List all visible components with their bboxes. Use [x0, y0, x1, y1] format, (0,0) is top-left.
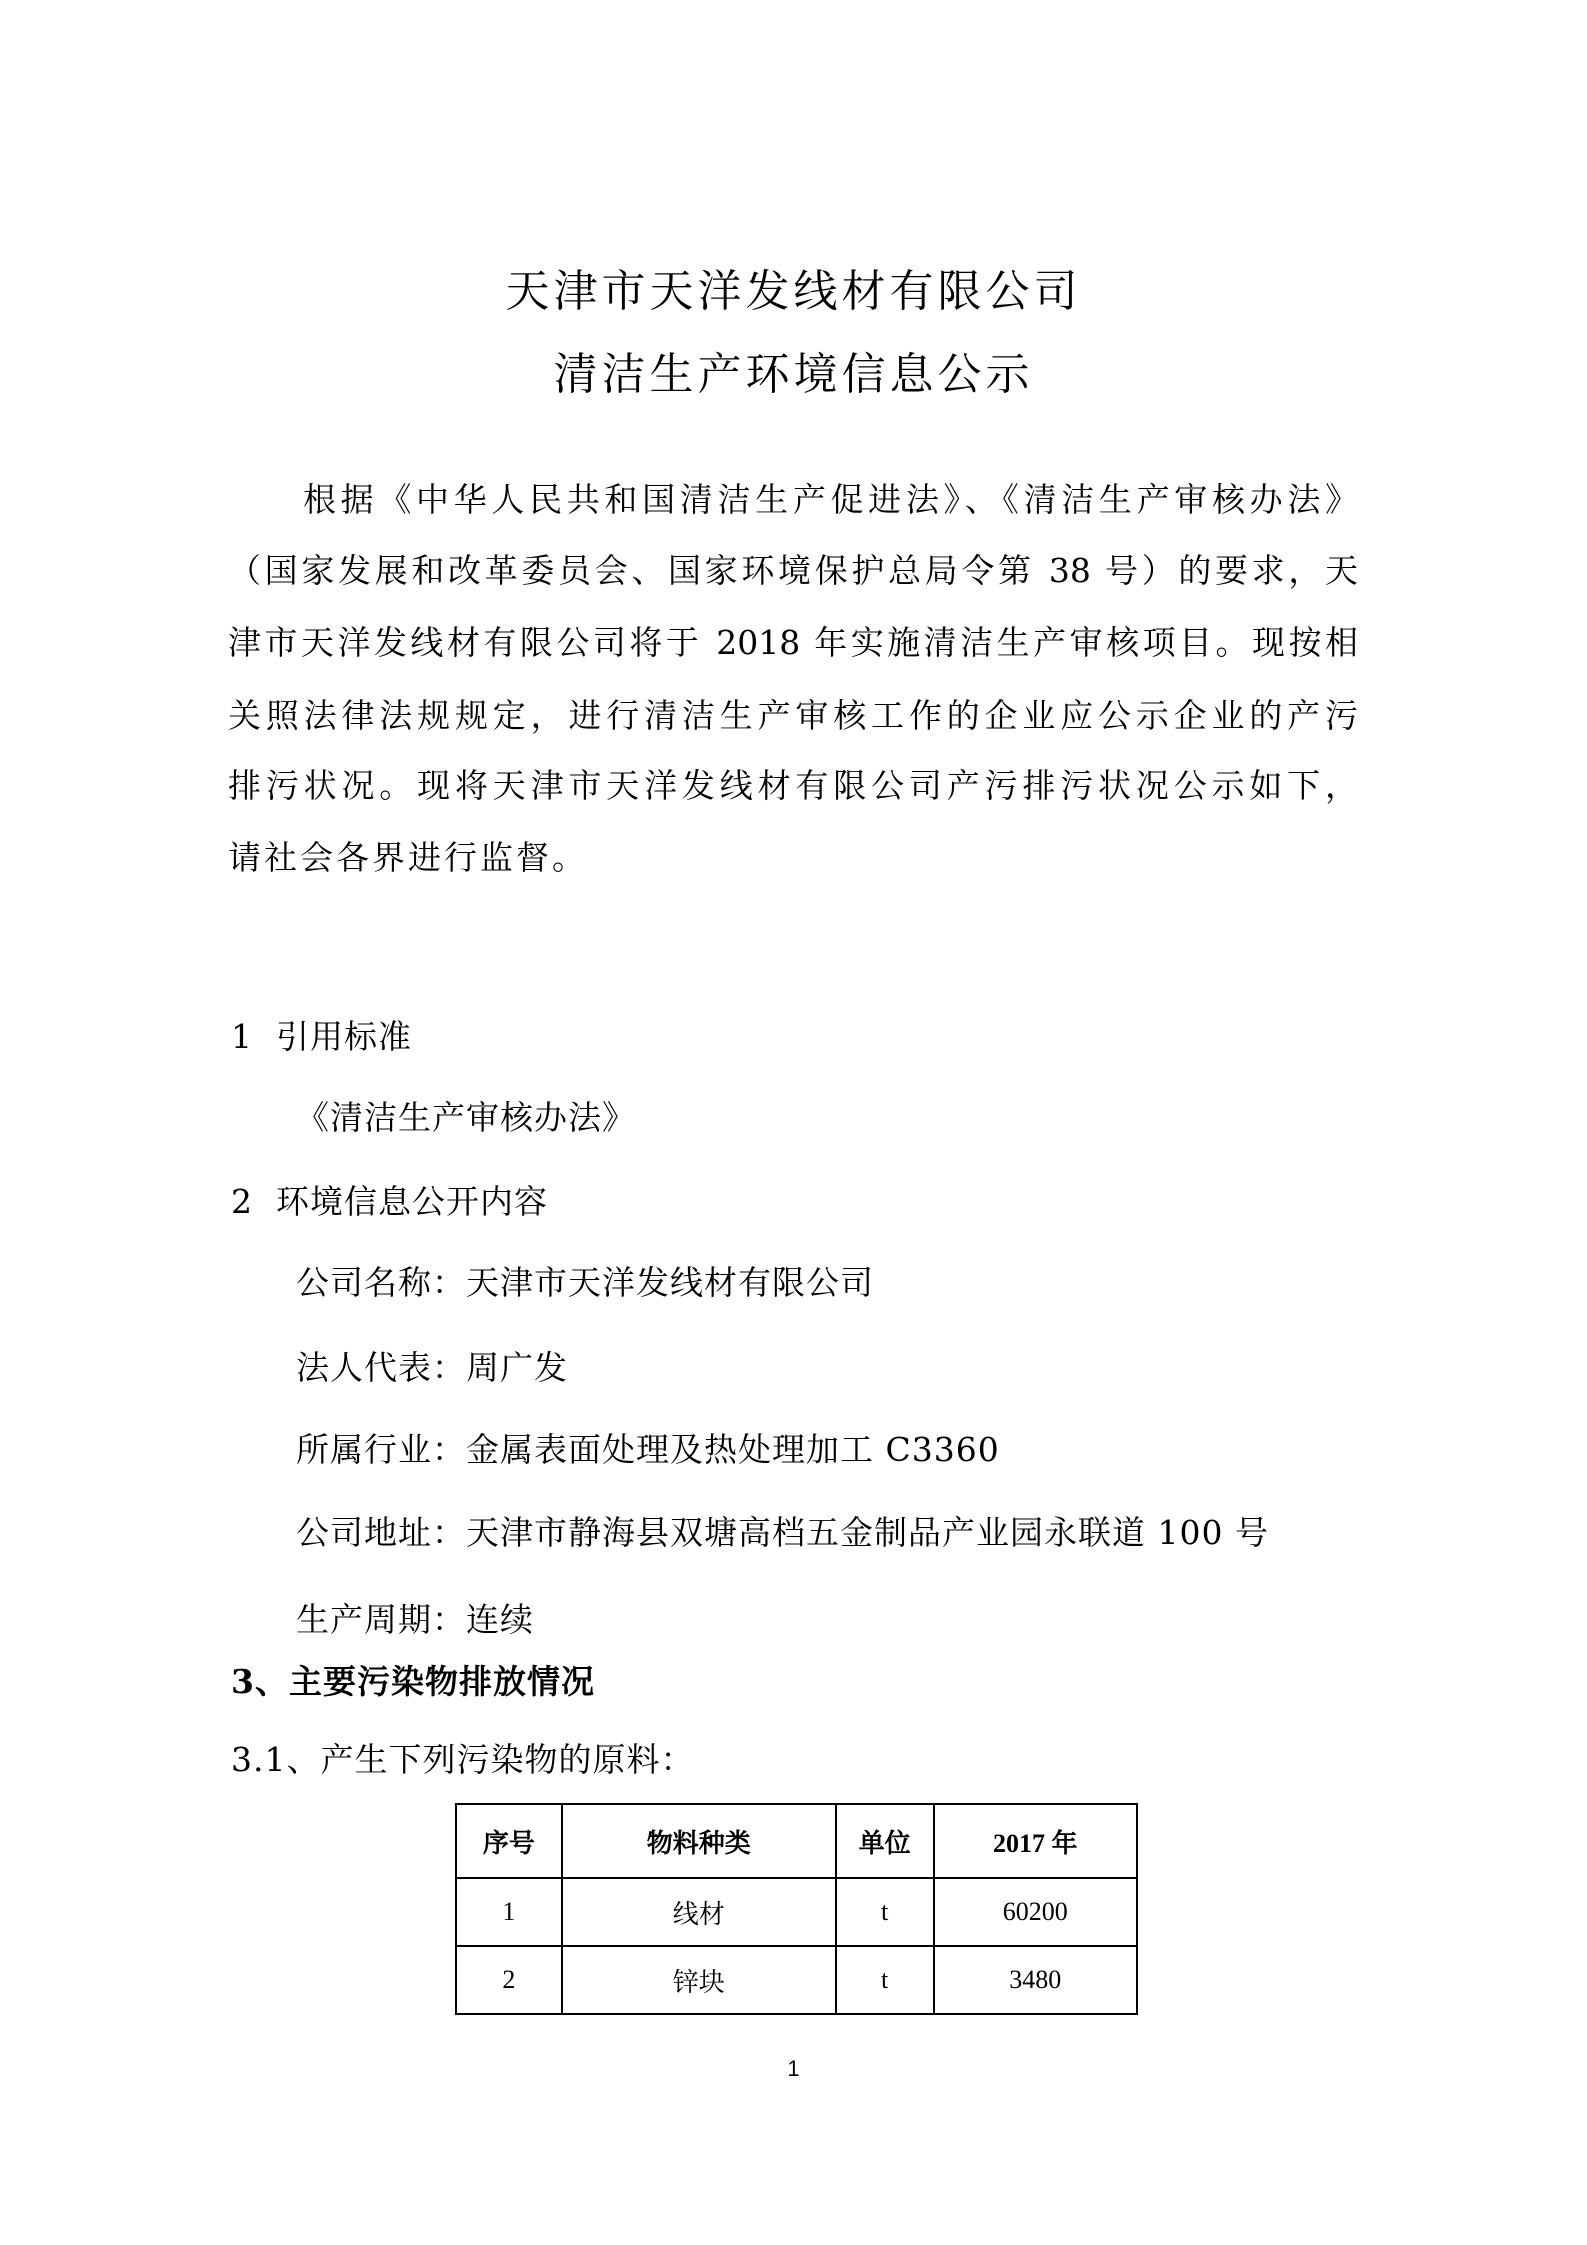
field-production-cycle: 生产周期：连续	[296, 1598, 534, 1642]
field-company-name: 公司名称：天津市天洋发线材有限公司	[296, 1261, 874, 1305]
intro-line-2: （国家发展和改革委员会、国家环境保护总局令第 38 号）的要求，天	[228, 549, 1358, 593]
field-label: 公司名称：	[296, 1263, 466, 1302]
table-header-row: 序号 物料种类 单位 2017 年	[456, 1804, 1137, 1878]
cell-quantity: 3480	[934, 1946, 1138, 2014]
title-subject: 清洁生产环境信息公示	[0, 345, 1587, 405]
field-value: 天津市静海县双塘高档五金制品产业园永联道 100 号	[466, 1513, 1269, 1552]
field-legal-representative: 法人代表：周广发	[296, 1346, 568, 1390]
field-label: 法人代表：	[296, 1348, 466, 1387]
table-row: 2 锌块 t 3480	[456, 1946, 1137, 2014]
header-material-type: 物料种类	[562, 1804, 836, 1878]
field-industry: 所属行业：金属表面处理及热处理加工 C3360	[296, 1428, 1000, 1472]
cell-serial-number: 1	[456, 1878, 562, 1946]
field-label: 生产周期：	[296, 1600, 466, 1639]
intro-line-3: 津市天洋发线材有限公司将于 2018 年实施清洁生产审核项目。现按相	[228, 621, 1358, 665]
intro-line-1: 根据《中华人民共和国清洁生产促进法》、《清洁生产审核办法》	[303, 478, 1358, 522]
intro-line-4: 关照法律法规规定，进行清洁生产审核工作的企业应公示企业的产污	[228, 694, 1358, 738]
section-2-heading: 2 环境信息公开内容	[231, 1180, 548, 1224]
cell-serial-number: 2	[456, 1946, 562, 2014]
field-value: 天津市天洋发线材有限公司	[466, 1263, 874, 1302]
title-company-name: 天津市天洋发线材有限公司	[0, 262, 1587, 322]
header-year-2017: 2017 年	[934, 1804, 1138, 1878]
table-row: 1 线材 t 60200	[456, 1878, 1137, 1946]
field-value: 金属表面处理及热处理加工 C3360	[466, 1430, 1000, 1469]
cell-material-type: 线材	[562, 1878, 836, 1946]
intro-line-5: 排污状况。现将天津市天洋发线材有限公司产污排污状况公示如下，	[228, 764, 1358, 808]
header-unit: 单位	[836, 1804, 934, 1878]
referenced-standard: 《清洁生产审核办法》	[296, 1096, 636, 1140]
cell-unit: t	[836, 1946, 934, 2014]
header-serial-number: 序号	[456, 1804, 562, 1878]
section-3-1-heading: 3.1、产生下列污染物的原料：	[231, 1738, 694, 1782]
field-company-address: 公司地址：天津市静海县双塘高档五金制品产业园永联道 100 号	[296, 1511, 1269, 1555]
cell-quantity: 60200	[934, 1878, 1138, 1946]
section-3-heading: 3、主要污染物排放情况	[231, 1660, 595, 1704]
intro-line-6: 请社会各界进行监督。	[228, 836, 1358, 880]
section-1-heading: 1 引用标准	[231, 1015, 412, 1059]
field-value: 连续	[466, 1600, 534, 1639]
field-label: 公司地址：	[296, 1513, 466, 1552]
field-value: 周广发	[466, 1348, 568, 1387]
cell-unit: t	[836, 1878, 934, 1946]
page-number: 1	[0, 2056, 1587, 2082]
field-label: 所属行业：	[296, 1430, 466, 1469]
cell-material-type: 锌块	[562, 1946, 836, 2014]
raw-materials-table: 序号 物料种类 单位 2017 年 1 线材 t 60200 2 锌块 t 34…	[455, 1803, 1138, 2015]
